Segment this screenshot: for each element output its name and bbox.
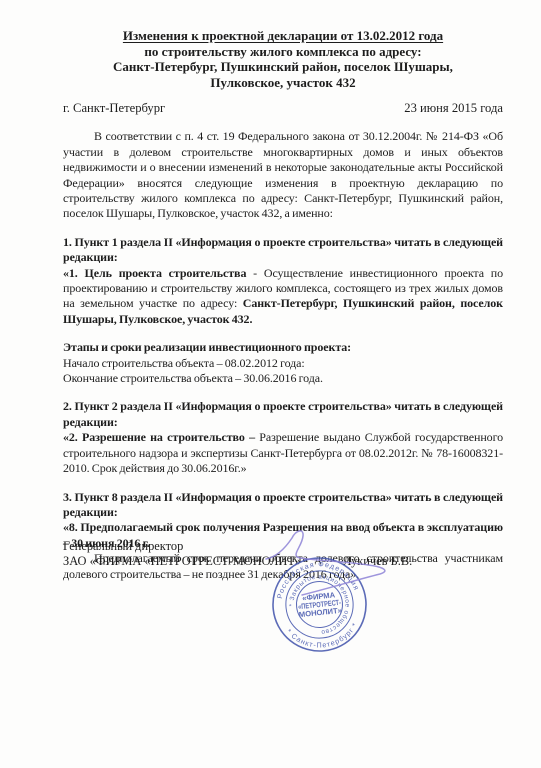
stages-end-line: Окончание строительства объекта – 30.06.… — [63, 371, 503, 386]
handwritten-signature — [238, 516, 408, 608]
signature-stroke — [266, 531, 385, 595]
section-1-lead: «1. Цель проекта строительства — [63, 266, 246, 280]
section-1-body: «1. Цель проекта строительства - Осущест… — [63, 266, 503, 328]
stamp-outer-bottom-text: * Санкт-Петербург * — [284, 620, 362, 653]
title-line: по строительству жилого комплекса по адр… — [63, 44, 503, 60]
date-label: 23 июня 2015 года — [404, 101, 503, 116]
scanned-document-page: Изменения к проектной декларации от 13.0… — [0, 0, 541, 768]
city-label: г. Санкт-Петербург — [63, 101, 165, 116]
title-line: Пулковское, участок 432 — [63, 75, 503, 91]
date-row: г. Санкт-Петербург 23 июня 2015 года — [63, 101, 503, 116]
intro-paragraph: В соответствии с п. 4 ст. 19 Федеральног… — [63, 129, 503, 221]
stages-start-line: Начало строительства объекта – 08.02.201… — [63, 356, 503, 371]
section-2-body: «2. Разрешение на строительство – Разреш… — [63, 430, 503, 476]
document-title: Изменения к проектной декларации от 13.0… — [63, 28, 503, 90]
section-1-heading: 1. Пункт 1 раздела II «Информация о прое… — [63, 235, 503, 266]
title-line: Санкт-Петербург, Пушкинский район, посел… — [63, 59, 503, 75]
document-body: Изменения к проектной декларации от 13.0… — [63, 28, 503, 582]
stages-heading: Этапы и сроки реализации инвестиционного… — [63, 340, 503, 355]
section-2-lead: «2. Разрешение на строительство – — [63, 430, 255, 444]
title-line: Изменения к проектной декларации от 13.0… — [63, 28, 503, 44]
section-2-heading: 2. Пункт 2 раздела II «Информация о прое… — [63, 399, 503, 430]
